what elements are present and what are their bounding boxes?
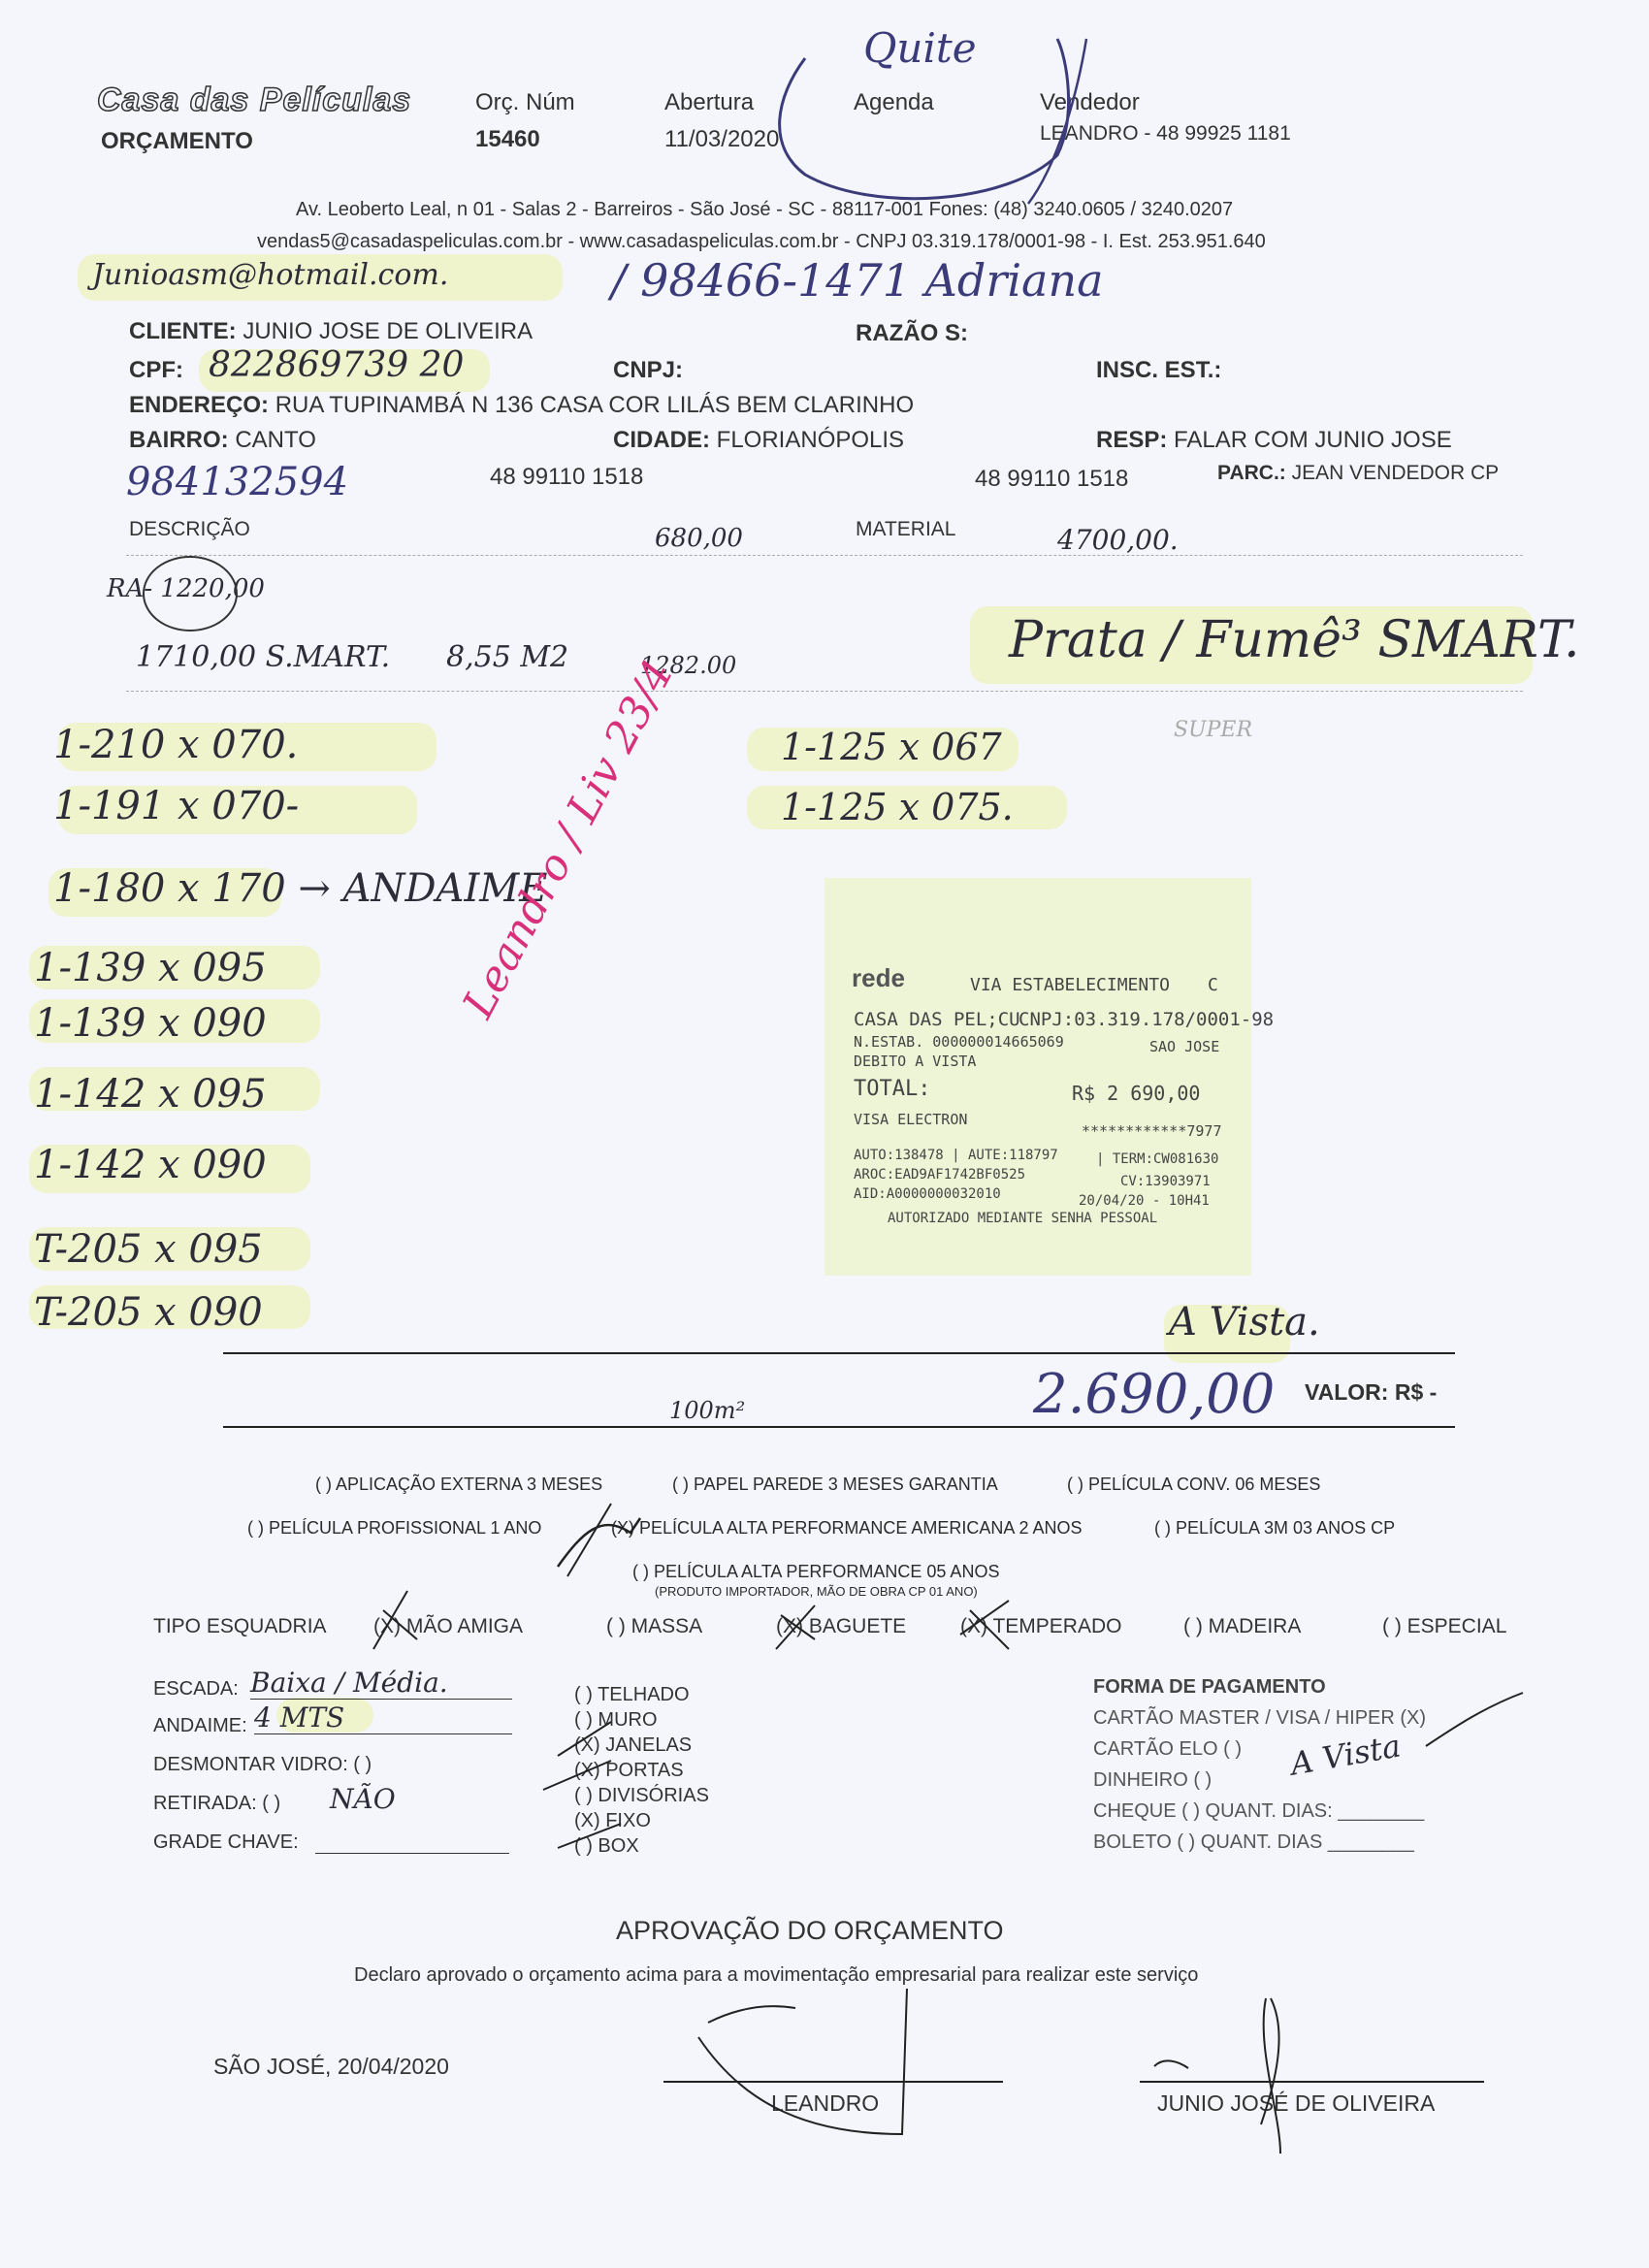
insc-est-label: INSC. EST.: — [1096, 357, 1221, 384]
receipt-cv: CV:13903971 — [1120, 1174, 1211, 1189]
film-note: SUPER — [1174, 718, 1252, 742]
cidade-label: CIDADE: — [613, 427, 710, 453]
measurement-item: 1-139 x 090 — [34, 1001, 267, 1046]
parc-field: PARC.: JEAN VENDEDOR CP — [1217, 462, 1499, 485]
grade-chave-label: GRADE CHAVE: — [153, 1831, 299, 1854]
valor-handwritten: 2.690,00 — [1033, 1363, 1275, 1426]
esquadria-option[interactable]: (X) MÃO AMIGA — [373, 1615, 523, 1638]
approval-statement: Declaro aprovado o orçamento acima para … — [354, 1964, 1198, 1987]
area-note: 100m² — [669, 1397, 745, 1424]
vendedor-value: LEANDRO - 48 99925 1181 — [1040, 122, 1291, 146]
receipt-footer: AUTORIZADO MEDIANTE SENHA PESSOAL — [888, 1211, 1157, 1226]
rede-logo: rede — [852, 963, 905, 993]
seller-sign-name: LEANDRO — [771, 2090, 879, 2117]
escada-label: ESCADA: — [153, 1678, 239, 1701]
esquadria-option[interactable]: ( ) MASSA — [606, 1615, 702, 1638]
local-option[interactable]: (X) FIXO — [574, 1810, 651, 1832]
receipt-via-code: C — [1208, 975, 1218, 995]
measurement-item: 1-142 x 090 — [34, 1143, 267, 1187]
receipt-type: DEBITO A VISTA — [854, 1053, 976, 1070]
receipt-via: VIA ESTABELECIMENTO — [970, 975, 1170, 995]
measurement-item: T-205 x 095 — [34, 1227, 263, 1272]
client-email: Junioasm@hotmail.com. — [92, 258, 448, 292]
desmontar-vidro[interactable]: DESMONTAR VIDRO: ( ) — [153, 1754, 372, 1776]
receipt-card: VISA ELECTRON — [854, 1111, 967, 1128]
receipt-aroc: AROC:EAD9AF1742BF0525 — [854, 1167, 1025, 1183]
agenda-handwritten: Quite — [863, 24, 977, 72]
place-date: SÃO JOSÉ, 20/04/2020 — [213, 2054, 449, 2080]
measurement-item: 1-180 x 170 → ANDAIME — [53, 866, 547, 911]
descricao-label: DESCRIÇÃO — [129, 518, 250, 541]
esquadria-label: TIPO ESQUADRIA — [153, 1615, 327, 1638]
option-pelicula-05-anos[interactable]: ( ) PELÍCULA ALTA PERFORMANCE 05 ANOS — [632, 1562, 999, 1582]
receipt-total-value: R$ 2 690,00 — [1072, 1082, 1200, 1105]
orc-num-value: 15460 — [475, 126, 540, 153]
bairro-value: CANTO — [235, 427, 316, 453]
seller-sign-line — [663, 2081, 1003, 2083]
receipt-card-number: ************7977 — [1082, 1122, 1222, 1140]
bairro-label: BAIRRO: — [129, 427, 229, 453]
payment-boleto[interactable]: BOLETO ( ) QUANT. DIAS ________ — [1093, 1831, 1414, 1854]
measurement-item: 1-210 x 070. — [53, 723, 298, 767]
phone-1: 48 99110 1518 — [490, 464, 643, 491]
cliente-value: JUNIO JOSE DE OLIVEIRA — [242, 318, 533, 344]
cliente-field: CLIENTE: JUNIO JOSE DE OLIVEIRA — [129, 318, 533, 345]
receipt-datetime: 20/04/20 - 10H41 — [1079, 1193, 1210, 1209]
cliente-label: CLIENTE: — [129, 318, 237, 344]
endereco-value: RUA TUPINAMBÁ N 136 CASA COR LILÁS BEM C… — [275, 392, 914, 418]
option-note: (PRODUTO IMPORTADOR, MÃO DE OBRA CP 01 A… — [655, 1584, 978, 1599]
client-sign-name: JUNIO JOSÉ DE OLIVEIRA — [1157, 2090, 1435, 2117]
valor-label: VALOR: R$ - — [1305, 1379, 1437, 1406]
payment-cartao-elo[interactable]: CARTÃO ELO ( ) — [1093, 1738, 1242, 1761]
endereco-label: ENDEREÇO: — [129, 392, 269, 418]
local-option[interactable]: ( ) DIVISÓRIAS — [574, 1785, 709, 1807]
receipt-auto: AUTO:138478 | AUTE:118797 — [854, 1148, 1058, 1163]
escada-value[interactable]: Baixa / Média. — [250, 1667, 512, 1700]
option-pelicula-profissional[interactable]: ( ) PELÍCULA PROFISSIONAL 1 ANO — [247, 1518, 541, 1539]
retirada-value: NÃO — [330, 1783, 396, 1815]
option-pelicula-conv[interactable]: ( ) PELÍCULA CONV. 06 MESES — [1067, 1474, 1320, 1495]
esquadria-option[interactable]: (X) BAGUETE — [776, 1615, 906, 1638]
vendedor-label: Vendedor — [1040, 89, 1140, 116]
parc-label: PARC.: — [1217, 462, 1286, 484]
cpf-label: CPF: — [129, 357, 183, 384]
address-line: Av. Leoberto Leal, n 01 - Salas 2 - Barr… — [296, 199, 1233, 221]
payment-cheque[interactable]: CHEQUE ( ) QUANT. DIAS: ________ — [1093, 1800, 1424, 1823]
cidade-value: FLORIANÓPOLIS — [717, 427, 904, 453]
total-rule-top — [223, 1352, 1455, 1354]
brand-logo: Casa das Películas — [97, 81, 411, 119]
retirada-label[interactable]: RETIRADA: ( ) — [153, 1793, 280, 1815]
local-option[interactable]: (X) JANELAS — [574, 1734, 692, 1757]
cpf-value: 822869739 20 — [209, 345, 464, 385]
payment-title: FORMA DE PAGAMENTO — [1093, 1676, 1326, 1699]
esquadria-option[interactable]: ( ) MADEIRA — [1183, 1615, 1301, 1638]
card-receipt: rede VIA ESTABELECIMENTO C CASA DAS PEL;… — [824, 878, 1251, 1276]
payment-dinheiro[interactable]: DINHEIRO ( ) — [1093, 1769, 1212, 1792]
agenda-label: Agenda — [854, 89, 934, 116]
abertura-value: 11/03/2020 — [664, 126, 779, 153]
contact-line: vendas5@casadaspeliculas.com.br - www.ca… — [257, 231, 1266, 253]
smart-price: 1710,00 S.MART. — [136, 640, 390, 674]
receipt-n-estab: N.ESTAB. 000000014665069 — [854, 1033, 1064, 1051]
orc-num-label: Orç. Núm — [475, 89, 575, 116]
receipt-cnpj: CNPJ:03.319.178/0001-98 — [1018, 1009, 1274, 1030]
esquadria-option[interactable]: ( ) ESPECIAL — [1382, 1615, 1506, 1638]
resp-value: FALAR COM JUNIO JOSE — [1174, 427, 1452, 453]
abertura-label: Abertura — [664, 89, 754, 116]
esquadria-option[interactable]: (X) TEMPERADO — [960, 1615, 1121, 1638]
measurement-item: 1-125 x 075. — [781, 786, 1014, 828]
receipt-total-label: TOTAL: — [854, 1077, 930, 1101]
option-pelicula-americana[interactable]: (X) PELÍCULA ALTA PERFORMANCE AMERICANA … — [611, 1518, 1082, 1539]
film-type: Prata / Fumê³ SMART. — [1009, 611, 1580, 669]
approval-title: APROVAÇÃO DO ORÇAMENTO — [616, 1916, 1004, 1946]
pink-annotation: Leandro / Liv 23/4 — [453, 652, 683, 1025]
andaime-label: ANDAIME: — [153, 1715, 247, 1737]
total-rule-bottom — [223, 1426, 1455, 1428]
option-aplicacao-externa[interactable]: ( ) APLICAÇÃO EXTERNA 3 MESES — [315, 1474, 602, 1495]
payment-handwritten: A Vista — [1288, 1727, 1404, 1782]
local-option[interactable]: (X) PORTAS — [574, 1760, 684, 1782]
local-option[interactable]: ( ) MURO — [574, 1709, 658, 1732]
ra-note: RA- 1220,00 — [107, 574, 265, 603]
phone-handwritten: 984132594 — [126, 460, 348, 504]
area-value: 8,55 M2 — [446, 640, 568, 674]
receipt-city: SAO JOSE — [1149, 1038, 1219, 1055]
local-option[interactable]: ( ) TELHADO — [574, 1684, 690, 1706]
andaime-value[interactable]: 4 MTS — [254, 1701, 512, 1734]
option-pelicula-3m[interactable]: ( ) PELÍCULA 3M 03 ANOS CP — [1154, 1518, 1395, 1539]
receipt-term: | TERM:CW081630 — [1096, 1151, 1218, 1167]
local-option[interactable]: ( ) BOX — [574, 1835, 639, 1858]
descricao-value: 680,00 — [655, 524, 743, 553]
resp-label: RESP: — [1096, 427, 1167, 453]
phone-2: 48 99110 1518 — [975, 466, 1128, 493]
material-value: 4700,00. — [1057, 524, 1179, 556]
measurement-item: 1-139 x 095 — [34, 946, 267, 990]
client-sign-line — [1140, 2081, 1484, 2083]
cnpj-label: CNPJ: — [613, 357, 683, 384]
resp-field: RESP: FALAR COM JUNIO JOSE — [1096, 427, 1452, 454]
divider — [126, 555, 1523, 556]
option-papel-parede[interactable]: ( ) PAPEL PAREDE 3 MESES GARANTIA — [672, 1474, 998, 1495]
bairro-field: BAIRRO: CANTO — [129, 427, 316, 454]
measurement-item: 1-125 x 067 — [781, 726, 1002, 768]
divider — [126, 691, 1523, 692]
measurement-item: 1-191 x 070- — [53, 784, 299, 828]
receipt-merchant: CASA DAS PEL;CU — [854, 1009, 1020, 1030]
payment-note: A Vista. — [1169, 1300, 1320, 1345]
grade-chave-field[interactable] — [315, 1853, 509, 1854]
endereco-field: ENDEREÇO: RUA TUPINAMBÁ N 136 CASA COR L… — [129, 392, 914, 419]
measurement-item: 1-142 x 095 — [34, 1072, 267, 1117]
cidade-field: CIDADE: FLORIANÓPOLIS — [613, 427, 904, 454]
material-label: MATERIAL — [856, 518, 955, 541]
parc-value: JEAN VENDEDOR CP — [1292, 462, 1500, 484]
contact-phone-note: / 98466-1471 Adriana — [611, 254, 1104, 307]
measurement-item: T-205 x 090 — [34, 1290, 263, 1335]
receipt-aid: AID:A0000000032010 — [854, 1186, 1001, 1202]
payment-cartao-master[interactable]: CARTÃO MASTER / VISA / HIPER (X) — [1093, 1707, 1426, 1730]
razao-label: RAZÃO S: — [856, 320, 968, 347]
doc-type: ORÇAMENTO — [101, 128, 253, 155]
